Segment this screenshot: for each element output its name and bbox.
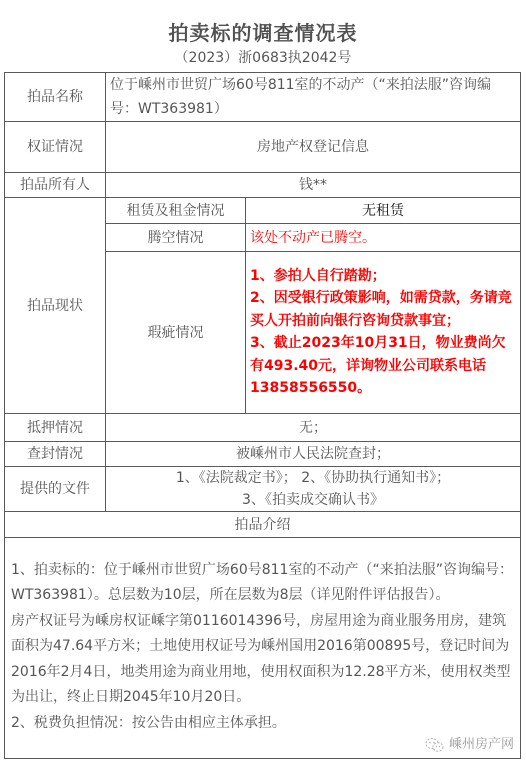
current-status-label: 拍品现状 <box>5 198 106 414</box>
seizure-value: 被嵊州市人民法院查封； <box>106 442 521 467</box>
defect-line-3: 3、截止2023年10月31日，物业费尚欠有493.40元，详询物业公司联系电话… <box>250 332 516 400</box>
defects-value: 1、参拍人自行踏勘； 2、因受银行政策影响，如需贷款，务请竞买人开拍前向银行咨询… <box>246 252 521 414</box>
defects-label: 瑕疵情况 <box>106 252 246 414</box>
title-status-label: 权证情况 <box>5 122 106 173</box>
page-title: 拍卖标的调查情况表 <box>0 20 526 46</box>
title-status-value: 房地产权登记信息 <box>106 122 521 173</box>
row-documents: 提供的文件 1、《法院裁定书》； 2、《协助执行通知书》； 3、《拍卖成交确认书… <box>5 467 521 512</box>
introduction-heading: 拍品介绍 <box>5 512 521 538</box>
vacancy-value: 该处不动产已腾空。 <box>246 224 521 252</box>
wechat-icon <box>425 737 445 753</box>
row-intro-heading: 拍品介绍 <box>5 512 521 538</box>
documents-label: 提供的文件 <box>5 467 106 512</box>
defect-line-1: 1、参拍人自行踏勘； <box>250 265 516 288</box>
row-introduction: 1、拍卖标的：位于嵊州市世贸广场60号811室的不动产（“来拍法服”咨询编号：W… <box>5 538 521 759</box>
lease-value: 无租赁 <box>246 198 521 224</box>
row-lease: 拍品现状 租赁及租金情况 无租赁 <box>5 198 521 224</box>
case-number: （2023）浙0683执2042号 <box>0 48 526 68</box>
intro-paragraph-2: 房产权证号为嵊房权证嵊字第0116014396号，房屋用途为商业服务用房，建筑面… <box>11 609 514 711</box>
documents-line-1: 1、《法院裁定书》； 2、《协助执行通知书》； <box>110 467 516 489</box>
row-mortgage: 抵押情况 无； <box>5 414 521 442</box>
mortgage-label: 抵押情况 <box>5 414 106 442</box>
introduction-body: 1、拍卖标的：位于嵊州市世贸广场60号811室的不动产（“来拍法服”咨询编号：W… <box>5 538 521 759</box>
seizure-label: 查封情况 <box>5 442 106 467</box>
owner-label: 拍品所有人 <box>5 173 106 198</box>
defect-line-2: 2、因受银行政策影响，如需贷款，务请竞买人开拍前向银行咨询贷款事宜； <box>250 287 516 332</box>
row-item-name: 拍品名称 位于嵊州市世贸广场60号811室的不动产（“来拍法服”咨询编号：WT3… <box>5 73 521 122</box>
item-name-value: 位于嵊州市世贸广场60号811室的不动产（“来拍法服”咨询编号：WT363981… <box>106 73 521 122</box>
intro-paragraph-1: 1、拍卖标的：位于嵊州市世贸广场60号811室的不动产（“来拍法服”咨询编号：W… <box>11 558 514 609</box>
survey-table: 拍品名称 位于嵊州市世贸广场60号811室的不动产（“来拍法服”咨询编号：WT3… <box>4 72 521 759</box>
mortgage-value: 无； <box>106 414 521 442</box>
lease-label: 租赁及租金情况 <box>106 198 246 224</box>
watermark-text: 嵊州房产网 <box>449 736 514 754</box>
row-title-status: 权证情况 房地产权登记信息 <box>5 122 521 173</box>
watermark: 嵊州房产网 <box>425 736 514 754</box>
documents-line-2: 3、《拍卖成交确认书》 <box>110 489 516 511</box>
intro-paragraph-3: 2、税费负担情况：按公告由相应主体承担。 <box>11 711 514 737</box>
row-owner: 拍品所有人 钱** <box>5 173 521 198</box>
documents-value: 1、《法院裁定书》； 2、《协助执行通知书》； 3、《拍卖成交确认书》 <box>106 467 521 512</box>
item-name-label: 拍品名称 <box>5 73 106 122</box>
vacancy-label: 腾空情况 <box>106 224 246 252</box>
owner-value: 钱** <box>106 173 521 198</box>
row-seizure: 查封情况 被嵊州市人民法院查封； <box>5 442 521 467</box>
